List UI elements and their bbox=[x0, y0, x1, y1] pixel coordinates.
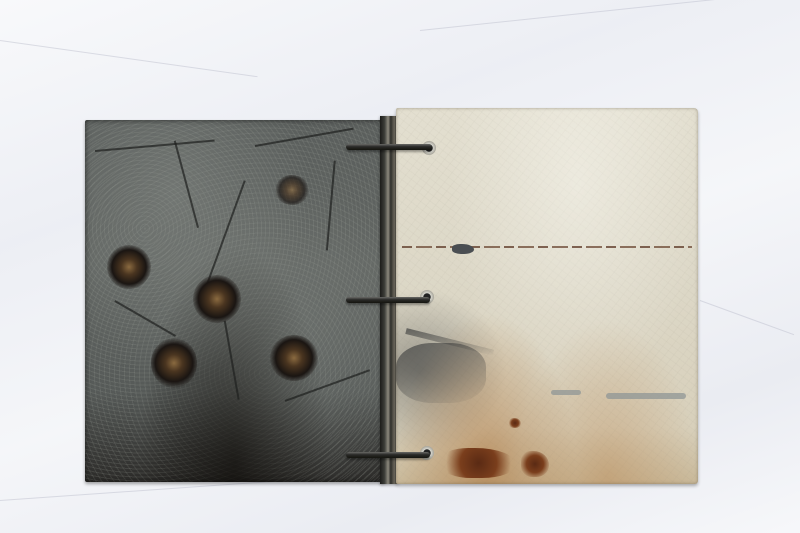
cloth-crease bbox=[700, 300, 794, 335]
crack bbox=[95, 140, 215, 152]
right-enamel-page bbox=[396, 108, 698, 484]
burn-hole bbox=[275, 175, 309, 205]
burn-hole bbox=[107, 245, 151, 289]
burn-hole bbox=[193, 275, 241, 323]
rust-line bbox=[402, 246, 692, 248]
rust-stain bbox=[441, 448, 516, 478]
cloth-crease bbox=[0, 40, 258, 77]
cloth-crease bbox=[0, 479, 299, 501]
dark-smudge bbox=[396, 343, 486, 403]
paint-chip bbox=[606, 393, 686, 399]
rust-spot bbox=[452, 244, 474, 254]
crack bbox=[115, 300, 176, 336]
crack bbox=[207, 180, 246, 284]
burn-hole bbox=[151, 338, 197, 388]
photo-scene bbox=[0, 0, 800, 533]
rust-stain bbox=[521, 451, 549, 477]
burn-hole bbox=[270, 335, 318, 381]
rust-stain bbox=[509, 418, 521, 428]
crack bbox=[326, 161, 335, 251]
left-cover-page bbox=[85, 120, 385, 482]
crack bbox=[174, 141, 199, 228]
crack bbox=[224, 321, 239, 400]
binding-ring-top bbox=[346, 144, 432, 150]
paint-chip bbox=[551, 390, 581, 395]
crack bbox=[255, 128, 354, 147]
cloth-crease bbox=[420, 0, 798, 31]
binding-ring-middle bbox=[346, 297, 430, 303]
binding-ring-bottom bbox=[346, 452, 430, 458]
